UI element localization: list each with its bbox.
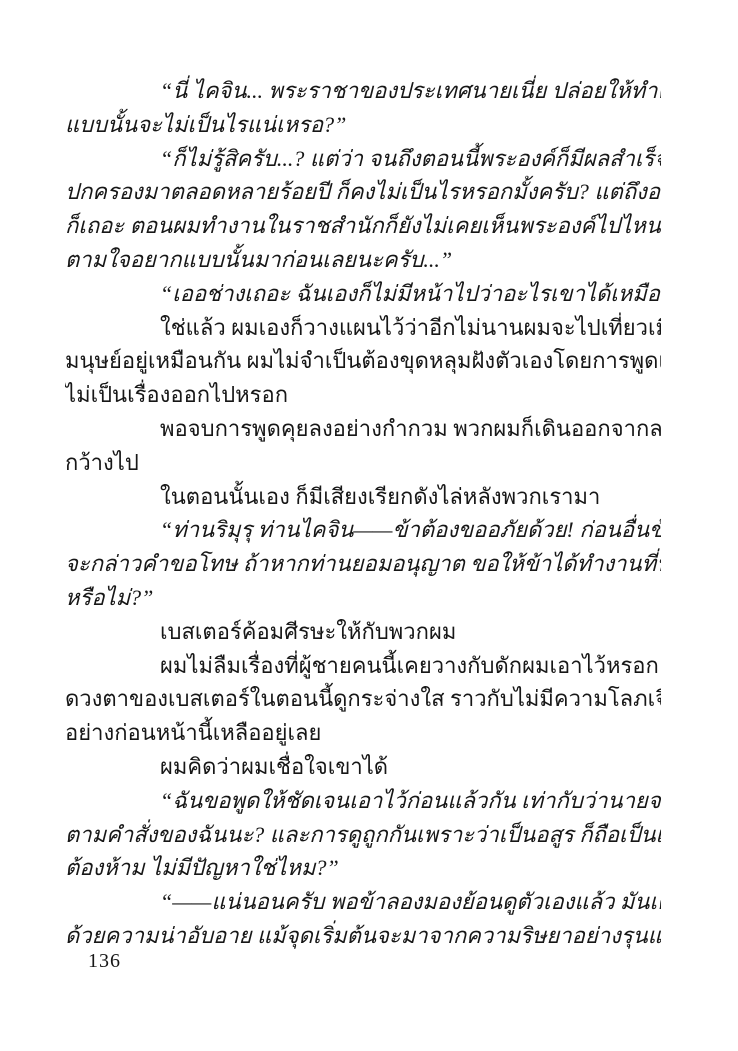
text-line: มนุษย์อยู่เหมือนกัน ผมไม่จำเป็นต้องขุดหล… (65, 344, 661, 378)
text-line: อย่างก่อนหน้านี้เหลืออยู่เลย (65, 716, 661, 750)
text-line: ต้องห้าม ไม่มีปัญหาใช่ไหม?” (65, 851, 661, 885)
text-line: ในตอนนั้นเอง ก็มีเสียงเรียกดังไล่หลังพวก… (65, 480, 661, 514)
text-line: ก็เถอะ ตอนผมทำงานในราชสำนักก็ยังไม่เคยเห… (65, 209, 661, 243)
page-number: 136 (88, 950, 121, 973)
text-line: “ก็ไม่รู้สิครับ...? แต่ว่า จนถึงตอนนี้พร… (65, 142, 661, 176)
text-line: เบสเตอร์ค้อมศีรษะให้กับพวกผม (65, 615, 661, 649)
text-line: หรือไม่?” (65, 581, 661, 615)
text-line: “——แน่นอนครับ พอข้าลองมองย้อนดูตัวเองแล้… (65, 885, 661, 919)
text-block: “นี่ ไคจิน... พระราชาของประเทศนายเนี่ย ป… (65, 74, 661, 953)
text-line: กว้างไป (65, 446, 661, 480)
text-line: ไม่เป็นเรื่องออกไปหรอก (65, 378, 661, 412)
text-line: ใช่แล้ว ผมเองก็วางแผนไว้ว่าอีกไม่นานผมจะ… (65, 311, 661, 345)
text-line: “ฉันขอพูดให้ชัดเจนเอาไว้ก่อนแล้วกัน เท่า… (65, 784, 661, 818)
text-line: “ท่านริมุรุ ท่านไคจิน——ข้าต้องขออภัยด้วย… (65, 513, 661, 547)
text-line: ดวงตาของเบสเตอร์ในตอนนี้ดูกระจ่างใส ราวก… (65, 682, 661, 716)
text-line: ตามใจอยากแบบนั้นมาก่อนเลยนะครับ...” (65, 243, 661, 277)
text-line: แบบนั้นจะไม่เป็นไรแน่เหรอ?” (65, 108, 661, 142)
text-line: ปกครองมาตลอดหลายร้อยปี ก็คงไม่เป็นไรหรอก… (65, 175, 661, 209)
text-line: “นี่ ไคจิน... พระราชาของประเทศนายเนี่ย ป… (65, 74, 661, 108)
text-line: ผมคิดว่าผมเชื่อใจเขาได้ (65, 750, 661, 784)
text-line: ผมไม่ลืมเรื่องที่ผู้ชายคนนี้เคยวางกับดัก… (65, 649, 661, 683)
book-page: “นี่ ไคจิน... พระราชาของประเทศนายเนี่ย ป… (0, 0, 738, 1051)
text-line: ด้วยความน่าอับอาย แม้จุดเริ่มต้นจะมาจากค… (65, 919, 661, 953)
text-line: “เออช่างเถอะ ฉันเองก็ไม่มีหน้าไปว่าอะไรเ… (65, 277, 661, 311)
text-line: พอจบการพูดคุยลงอย่างกำกวม พวกผมก็เดินออก… (65, 412, 661, 446)
text-line: ตามคำสั่งของฉันนะ? และการดูถูกกันเพราะว่… (65, 818, 661, 852)
text-line: จะกล่าวคำขอโทษ ถ้าหากท่านยอมอนุญาต ขอให้… (65, 547, 661, 581)
